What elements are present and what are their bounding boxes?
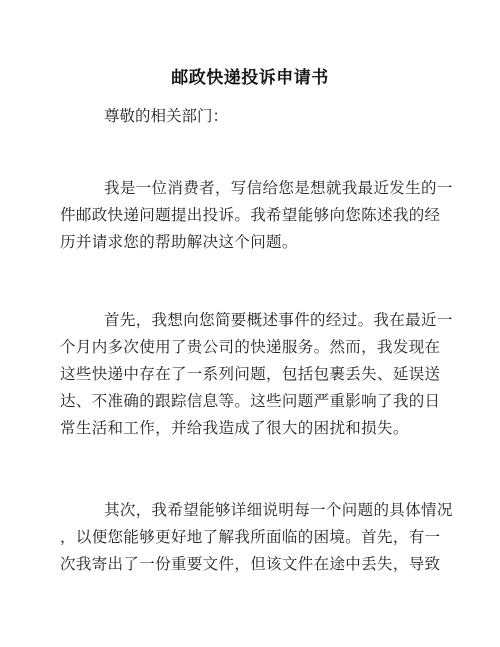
paragraph-line: 次我寄出了一份重要文件，但该文件在途中丢失，导致 bbox=[60, 551, 442, 578]
paragraph-details: 其次，我希望能够详细说明每一个问题的具体情况 ，以便您能够更好地了解我所面临的困… bbox=[60, 497, 442, 578]
paragraph-line: 首先，我想向您简要概述事件的经过。我在最近一 bbox=[60, 307, 442, 334]
paragraph-line: 这些快递中存在了一系列问题，包括包裹丢失、延误送 bbox=[60, 361, 442, 388]
salutation: 尊敬的相关部门： bbox=[104, 104, 228, 126]
paragraph-line: 其次，我希望能够详细说明每一个问题的具体情况 bbox=[60, 497, 442, 524]
document-title: 邮政快递投诉申请书 bbox=[0, 63, 500, 88]
paragraph-line: 我是一位消费者，写信给您是想就我最近发生的一 bbox=[60, 175, 442, 202]
paragraph-line: 个月内多次使用了贵公司的快递服务。然而，我发现在 bbox=[60, 334, 442, 361]
paragraph-line: 常生活和工作，并给我造成了很大的困扰和损失。 bbox=[60, 415, 442, 442]
document-page: 邮政快递投诉申请书 尊敬的相关部门： 我是一位消费者，写信给您是想就我最近发生的… bbox=[0, 0, 500, 647]
paragraph-overview: 首先，我想向您简要概述事件的经过。我在最近一 个月内多次使用了贵公司的快递服务。… bbox=[60, 307, 442, 442]
paragraph-line: 件邮政快递问题提出投诉。我希望能够向您陈述我的经 bbox=[60, 202, 442, 229]
paragraph-line: ，以便您能够更好地了解我所面临的困境。首先，有一 bbox=[60, 524, 442, 551]
paragraph-line: 历并请求您的帮助解决这个问题。 bbox=[60, 229, 442, 256]
paragraph-introduction: 我是一位消费者，写信给您是想就我最近发生的一 件邮政快递问题提出投诉。我希望能够… bbox=[60, 175, 442, 256]
paragraph-line: 达、不准确的跟踪信息等。这些问题严重影响了我的日 bbox=[60, 388, 442, 415]
